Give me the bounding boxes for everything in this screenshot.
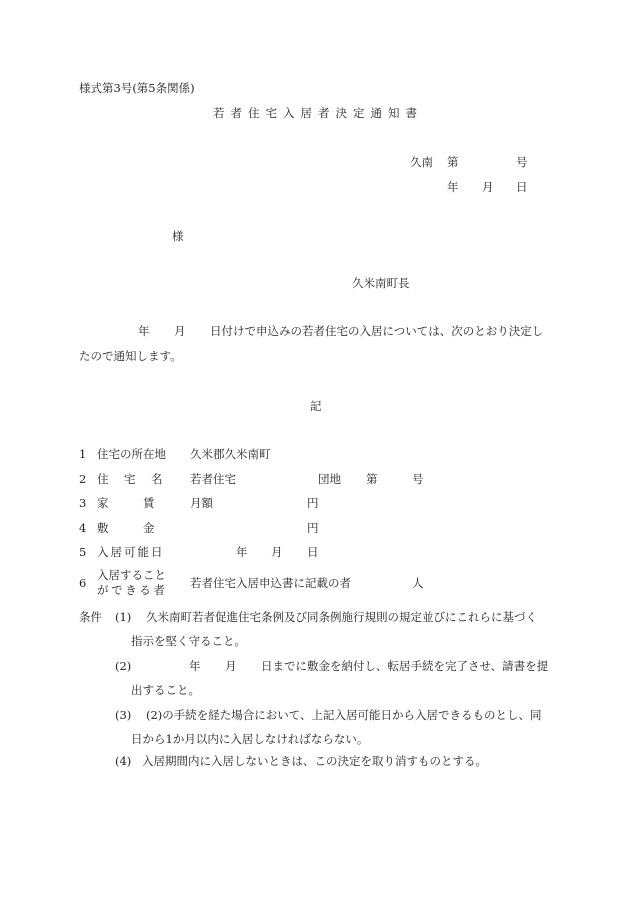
item-3-num: 3 — [79, 498, 86, 510]
item-5-year: 年 — [236, 547, 248, 559]
condition-2-year: 年 — [189, 661, 201, 673]
item-2-label: 住 宅 名 — [97, 474, 165, 486]
doc-number-dai: 第 — [447, 157, 459, 169]
condition-3-num: (3) — [115, 710, 131, 722]
item-1-label: 住宅の所在地 — [97, 449, 166, 461]
issuer: 久米南町長 — [352, 278, 410, 290]
document-title: 若者住宅入居者決定通知書 — [213, 108, 423, 120]
condition-3-line2: 日から1か月以内に入居しなければならない。 — [131, 734, 368, 746]
item-5-label: 入居可能日 — [97, 547, 165, 559]
item-1-value: 久米郡久米南町 — [190, 449, 271, 461]
doc-number-prefix: 久南 — [410, 157, 433, 169]
recipient-suffix: 様 — [172, 231, 184, 243]
item-3-value: 月額 — [190, 498, 213, 510]
item-4-num: 4 — [79, 523, 86, 535]
item-2-go: 号 — [412, 474, 424, 486]
item-1-num: 1 — [79, 449, 86, 461]
item-6-label-line2: ができる者 — [97, 585, 168, 597]
condition-2-month: 月 — [225, 661, 237, 673]
doc-number-go: 号 — [516, 157, 528, 169]
item-6-unit: 人 — [412, 578, 424, 590]
conditions-label: 条件 — [79, 612, 102, 624]
condition-1-num: (1) — [115, 612, 131, 624]
item-6-label-line1: 入居すること — [97, 570, 166, 582]
item-4-unit: 円 — [307, 523, 319, 535]
item-6-num: 6 — [79, 578, 86, 590]
item-6-value: 若者住宅入居申込書に記載の者 — [190, 578, 351, 590]
item-5-num: 5 — [79, 547, 86, 559]
item-3-unit: 円 — [307, 498, 319, 510]
item-3-label: 家 賃 — [97, 498, 155, 510]
ki-heading: 記 — [310, 401, 322, 413]
form-label: 様式第3号(第5条関係) — [79, 83, 195, 95]
item-2-dai: 第 — [366, 474, 378, 486]
item-2-num: 2 — [79, 474, 86, 486]
condition-4-line1: 入居期間内に入居しないときは、この決定を取り消すものとする。 — [142, 756, 487, 768]
condition-2-line2: 出すること。 — [131, 685, 200, 697]
condition-1-line1: 久米南町若者促進住宅条例及び同条例施行規則の規定並びにこれらに基づく — [146, 612, 537, 624]
condition-2-line1: 日までに敷金を納付し、転居手続を完了させ、請書を提 — [261, 661, 548, 673]
intro-line1: 日付けで申込みの若者住宅の入居については、次のとおり決定し — [210, 326, 543, 338]
item-5-day: 日 — [307, 547, 319, 559]
intro-year: 年 — [138, 326, 150, 338]
item-5-month: 月 — [271, 547, 283, 559]
doc-date-month: 月 — [482, 182, 494, 194]
condition-1-line2: 指示を堅く守ること。 — [131, 636, 246, 648]
doc-date-year: 年 — [447, 182, 459, 194]
intro-month: 月 — [174, 326, 186, 338]
condition-4-num: (4) — [115, 756, 131, 768]
item-4-label: 敷 金 — [97, 523, 155, 535]
item-2-danchi: 団地 — [318, 474, 341, 486]
condition-2-num: (2) — [115, 661, 131, 673]
doc-date-day: 日 — [516, 182, 528, 194]
condition-3-line1: (2)の手続を経た場合において、上記入居可能日から入居できるものとし、同 — [146, 710, 542, 722]
intro-line2: たので通知します。 — [79, 351, 182, 363]
item-2-value: 若者住宅 — [190, 474, 236, 486]
